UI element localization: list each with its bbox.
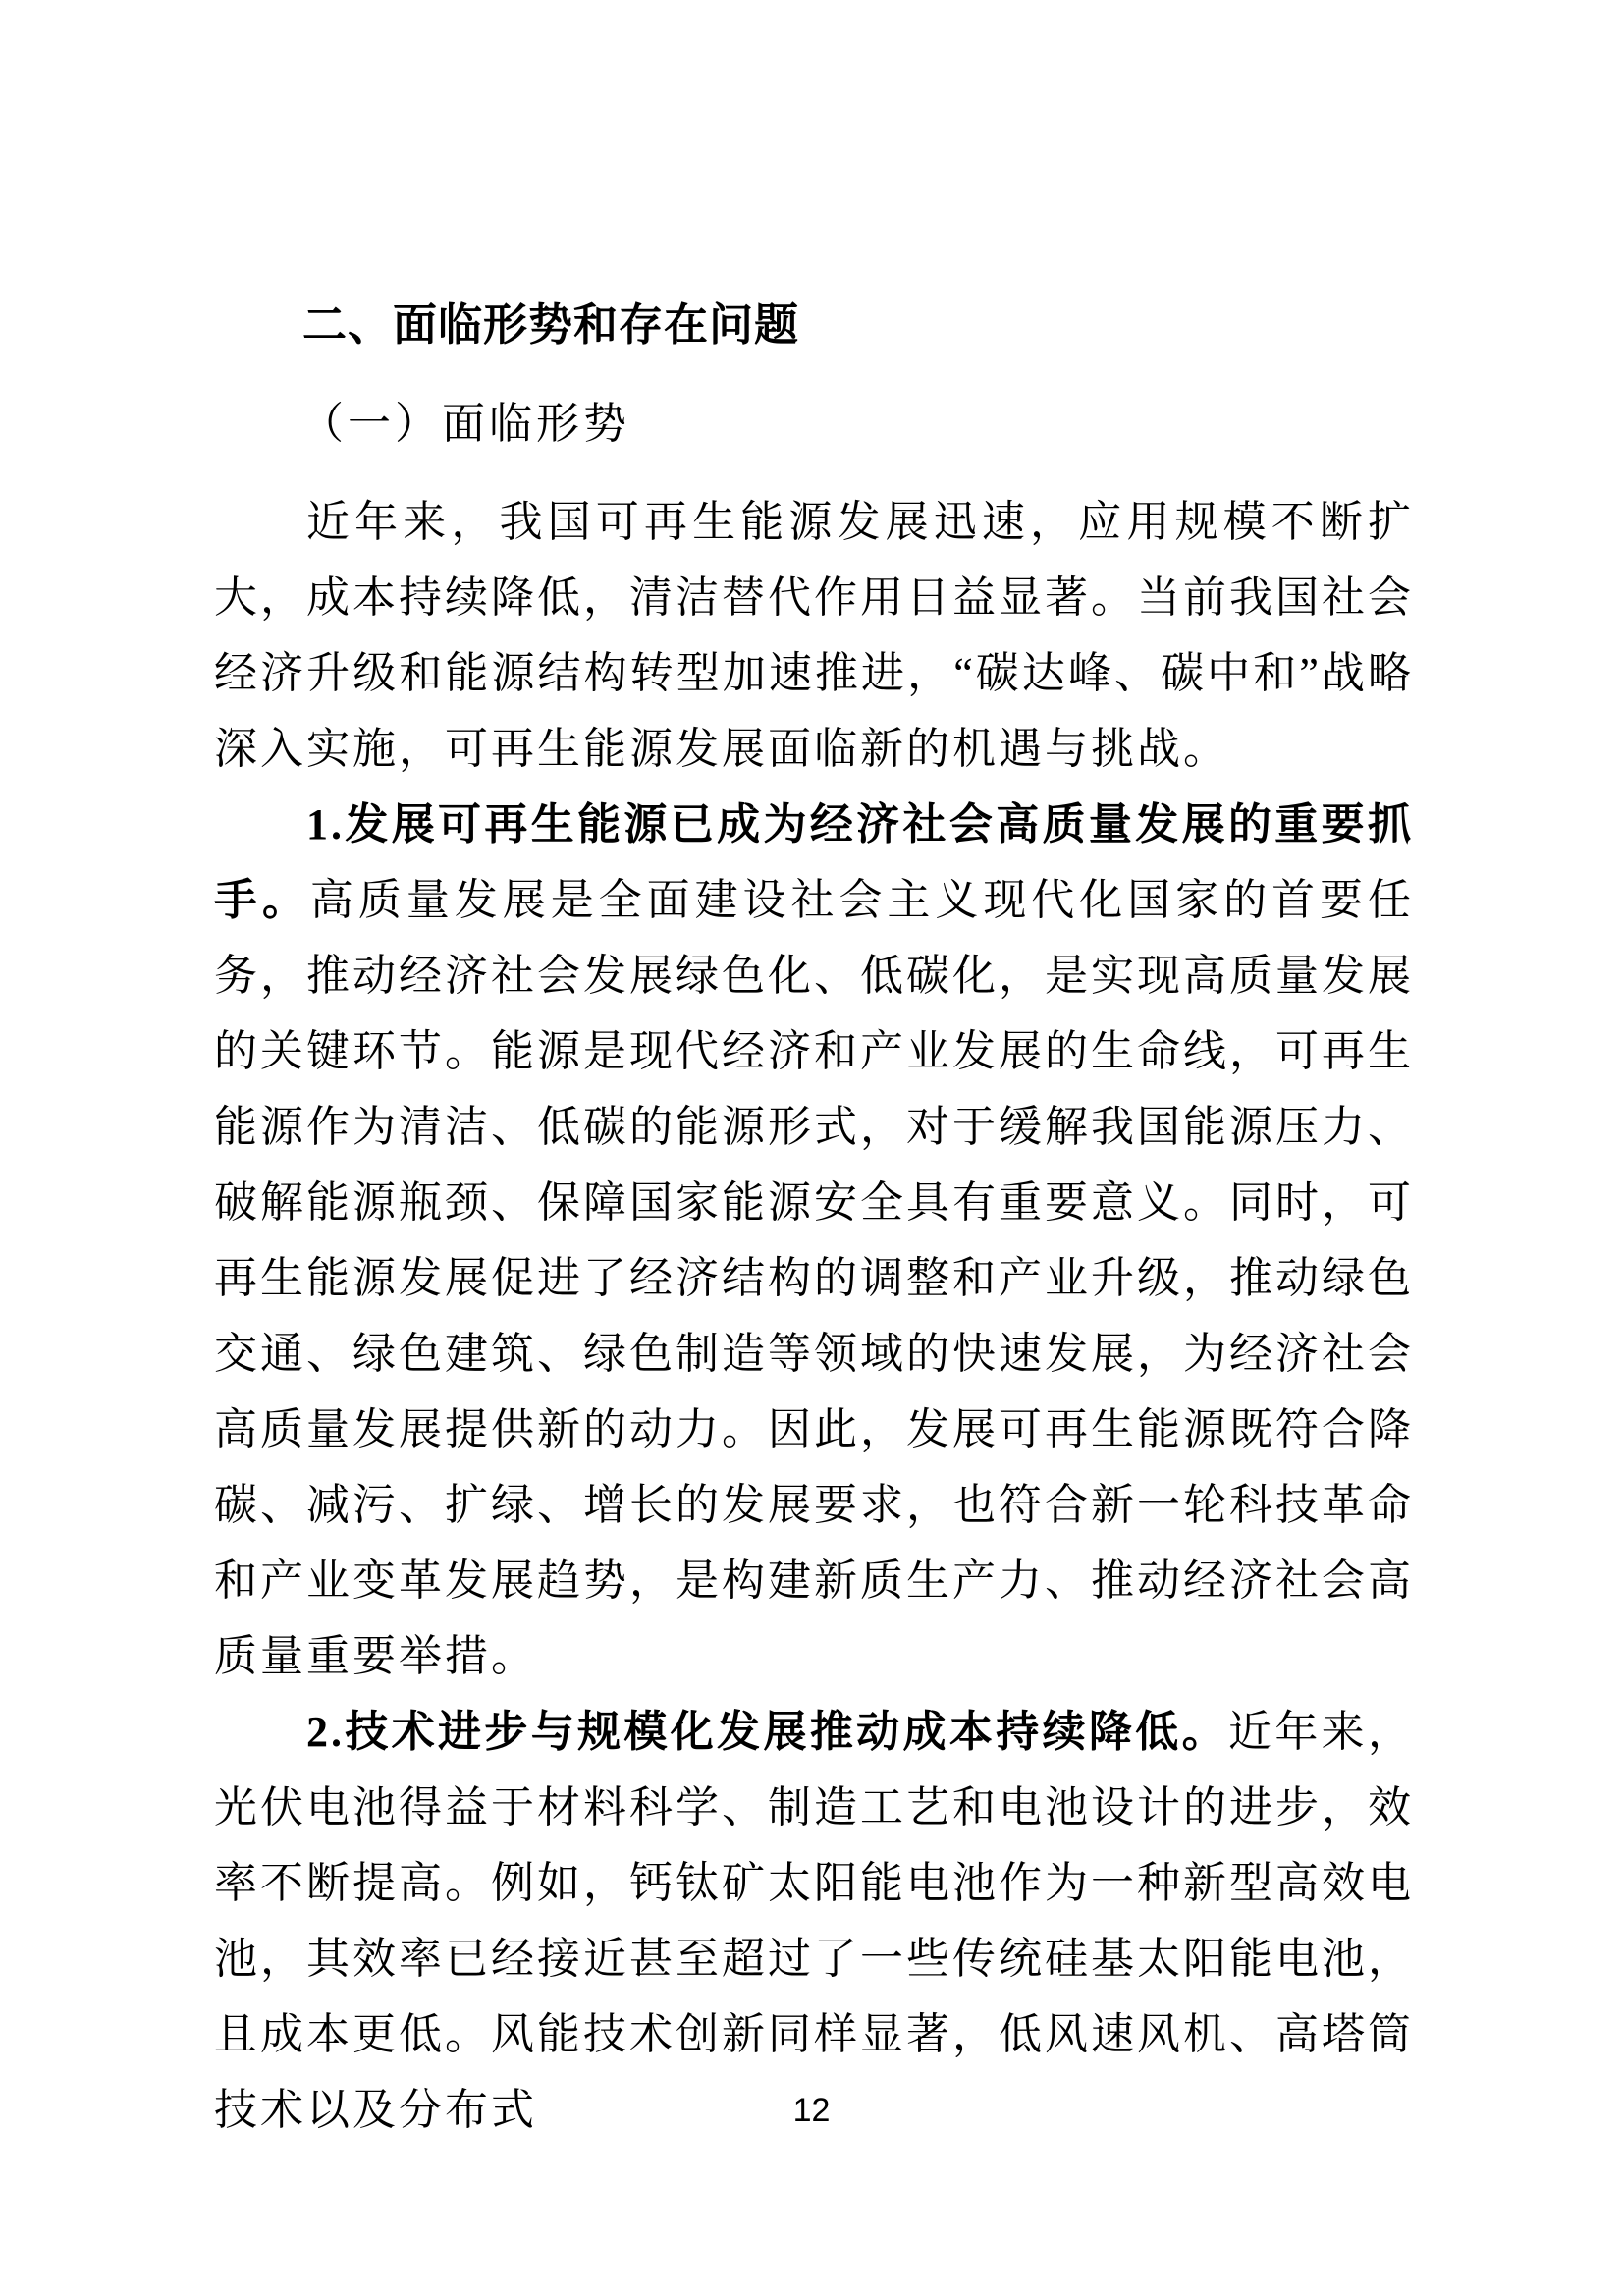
paragraph: 2.技术进步与规模化发展推动成本持续降低。近年来，光伏电池得益于材料科学、制造工… <box>214 1694 1414 2148</box>
paragraph-body: 近年来，我国可再生能源发展迅速，应用规模不断扩大，成本持续降低，清洁替代作用日益… <box>214 498 1414 773</box>
sub-heading: （一）面临形势 <box>214 403 1414 446</box>
paragraph: 近年来，我国可再生能源发展迅速，应用规模不断扩大，成本持续降低，清洁替代作用日益… <box>214 484 1414 787</box>
document-page: 二、面临形势和存在问题 （一）面临形势 近年来，我国可再生能源发展迅速，应用规模… <box>0 0 1623 2296</box>
paragraph-body: 近年来，光伏电池得益于材料科学、制造工艺和电池设计的进步，效率不断提高。例如，钙… <box>214 1708 1414 2134</box>
paragraph: 1.发展可再生能源已成为经济社会高质量发展的重要抓手。高质量发展是全面建设社会主… <box>214 787 1414 1694</box>
body-text: 近年来，我国可再生能源发展迅速，应用规模不断扩大，成本持续降低，清洁替代作用日益… <box>214 484 1414 2148</box>
page-number: 12 <box>0 2094 1623 2127</box>
paragraph-lead: 2.技术进步与规模化发展推动成本持续降低。 <box>306 1708 1228 1756</box>
paragraph-body: 高质量发展是全面建设社会主义现代化国家的首要任务，推动经济社会发展绿色化、低碳化… <box>214 876 1414 1680</box>
section-heading: 二、面临形势和存在问题 <box>214 302 1414 347</box>
text-block: 二、面临形势和存在问题 （一）面临形势 近年来，我国可再生能源发展迅速，应用规模… <box>214 302 1414 2148</box>
